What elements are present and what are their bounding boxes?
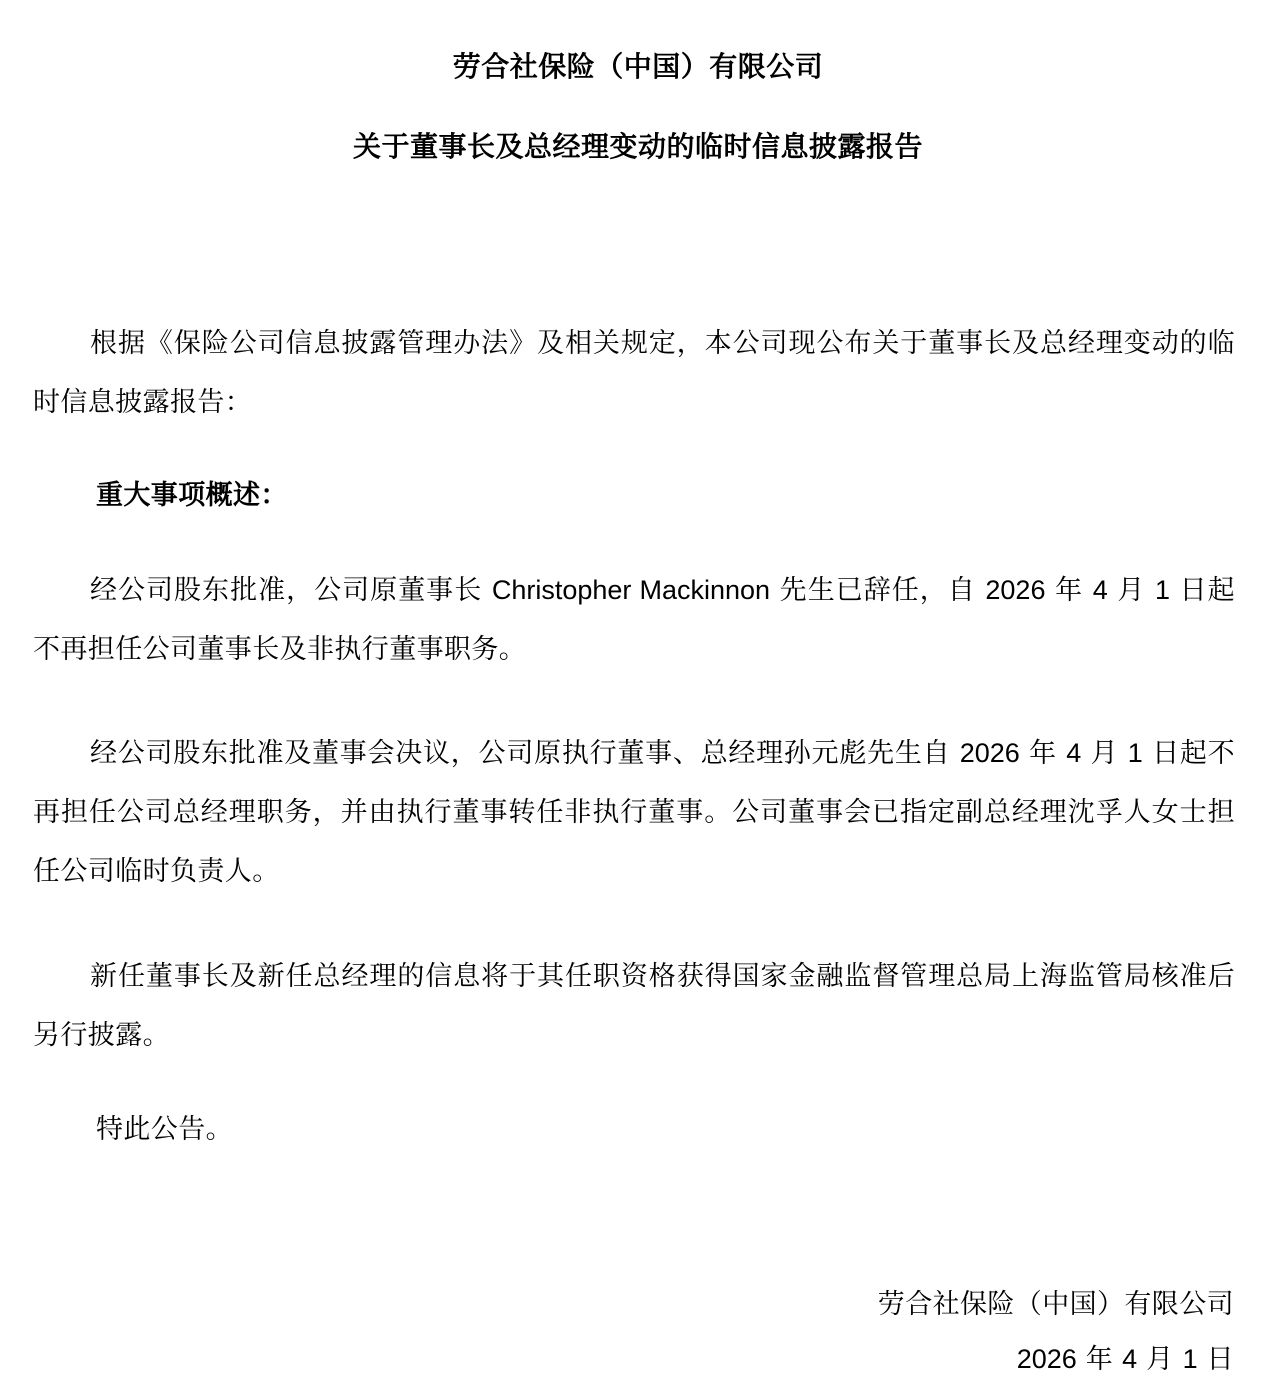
general-manager-change-paragraph: 经公司股东批准及董事会决议，公司原执行董事、总经理孙元彪先生自 2026 年 4… [33,724,1235,901]
effective-month: 4 [1093,575,1108,605]
effective-year: 2026 [960,738,1020,768]
text-segment: 年 [1077,1344,1122,1375]
text-segment: 经公司股东批准及董事会决议，公司原执行董事、总经理孙元彪先生自 [90,738,960,769]
effective-year: 2026 [985,575,1045,605]
text-segment: 月 [1108,575,1155,606]
intro-paragraph: 根据《保险公司信息披露管理办法》及相关规定，本公司现公布关于董事长及总经理变动的… [33,314,1235,432]
section-heading: 重大事项概述： [96,466,1276,525]
text-segment: 经公司股东批准，公司原董事长 [90,575,492,606]
signature-date: 2026 年 4 月 1 日 [1017,1339,1234,1380]
text-segment: 月 [1081,738,1127,769]
text-segment: 年 [1045,575,1092,606]
closing-statement: 特此公告。 [96,1100,1276,1159]
signature-day: 1 [1183,1344,1198,1374]
company-title: 劳合社保险（中国）有限公司 [0,47,1276,87]
chairman-resignation-paragraph: 经公司股东批准，公司原董事长 Christopher Mackinnon 先生已… [33,561,1235,679]
effective-month: 4 [1066,738,1081,768]
text-segment: 日 [1198,1344,1234,1375]
signature-year: 2026 [1017,1344,1077,1374]
text-segment: 先生已辞任，自 [770,575,985,606]
chairman-name: Christopher Mackinnon [492,575,770,605]
effective-day: 1 [1155,575,1170,605]
text-segment: 月 [1137,1344,1182,1375]
effective-day: 1 [1128,738,1143,768]
signature-company: 劳合社保险（中国）有限公司 [878,1285,1234,1325]
signature-month: 4 [1122,1344,1137,1374]
text-segment: 年 [1020,738,1066,769]
successor-disclosure-paragraph: 新任董事长及新任总经理的信息将于其任职资格获得国家金融监督管理总局上海监管局核准… [33,947,1235,1065]
report-title: 关于董事长及总经理变动的临时信息披露报告 [0,127,1276,167]
